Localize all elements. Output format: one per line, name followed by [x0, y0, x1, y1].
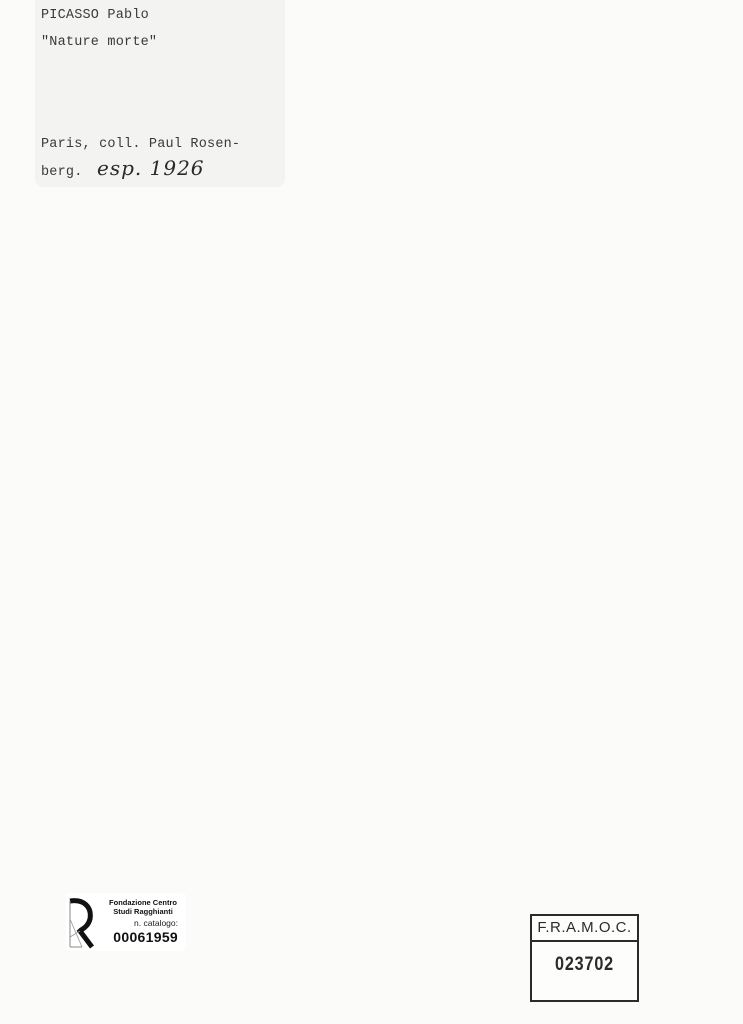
artwork-title: "Nature morte" [41, 35, 157, 50]
collection-line-cont: berg. [41, 165, 83, 180]
r-monogram-logo-icon [68, 897, 96, 949]
index-card-label: PICASSO Pablo "Nature morte" Paris, coll… [35, 0, 285, 187]
organization-name: Fondazione Centro Studi Ragghianti [102, 898, 184, 916]
stamp-number: 023702 [540, 954, 629, 976]
collection-line: Paris, coll. Paul Rosen- [41, 137, 240, 152]
catalog-sticker: Fondazione Centro Studi Ragghianti n. ca… [66, 893, 186, 951]
catalog-number: 00061959 [113, 929, 178, 945]
archive-stamp: F.R.A.M.O.C. 023702 [530, 914, 639, 1002]
handwritten-note: esp. 1926 [97, 156, 205, 180]
stamp-header: F.R.A.M.O.C. [532, 916, 637, 942]
artist-name: PICASSO Pablo [41, 8, 149, 23]
catalog-label: n. catalogo: [134, 918, 178, 928]
